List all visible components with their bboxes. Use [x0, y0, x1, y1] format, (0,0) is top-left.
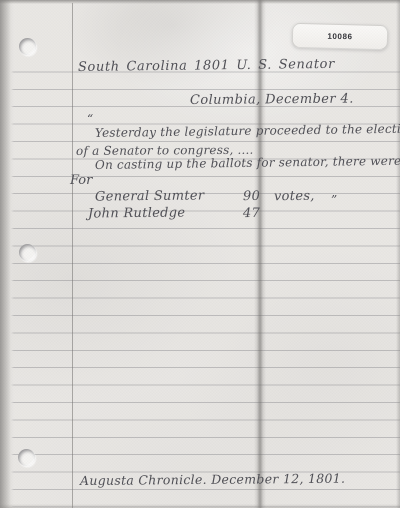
fold-crease: [254, 0, 266, 508]
punch-hole-top: [19, 38, 36, 55]
archive-number: 10086: [327, 32, 352, 42]
vote-result-row-sumter: General Sumter 90 votes,: [0, 190, 400, 206]
scanned-document-page: 10086 South Carolina 1801 U. S. Senator …: [0, 0, 400, 508]
for-label: For: [70, 174, 92, 187]
paper-edge-left: [0, 0, 14, 508]
candidate-name: General Sumter: [95, 189, 204, 203]
vote-unit-label: votes,: [274, 190, 315, 203]
note-title: South Carolina 1801 U. S. Senator: [78, 58, 335, 74]
close-quote-mark: ”: [331, 194, 337, 206]
margin-line: [72, 3, 73, 508]
vote-count: 47: [243, 207, 260, 220]
paper-edge-top: [0, 0, 400, 4]
archive-number-label: 10086: [292, 23, 389, 50]
paper-edge-bottom: [0, 504, 400, 508]
punch-hole-middle: [19, 244, 36, 261]
note-dateline: Columbia, December 4.: [190, 93, 354, 107]
candidate-name: John Rutledge: [88, 206, 186, 220]
body-line-2: of a Senator to congress, ....: [76, 144, 254, 157]
open-quote-mark: “: [87, 113, 93, 125]
source-citation: Augusta Chronicle. December 12, 1801.: [80, 473, 345, 488]
vote-count: 90: [243, 190, 260, 203]
punch-hole-bottom: [18, 449, 35, 466]
vote-result-row-rutledge: John Rutledge 47: [0, 207, 400, 223]
paper-edge-right: [396, 0, 400, 508]
